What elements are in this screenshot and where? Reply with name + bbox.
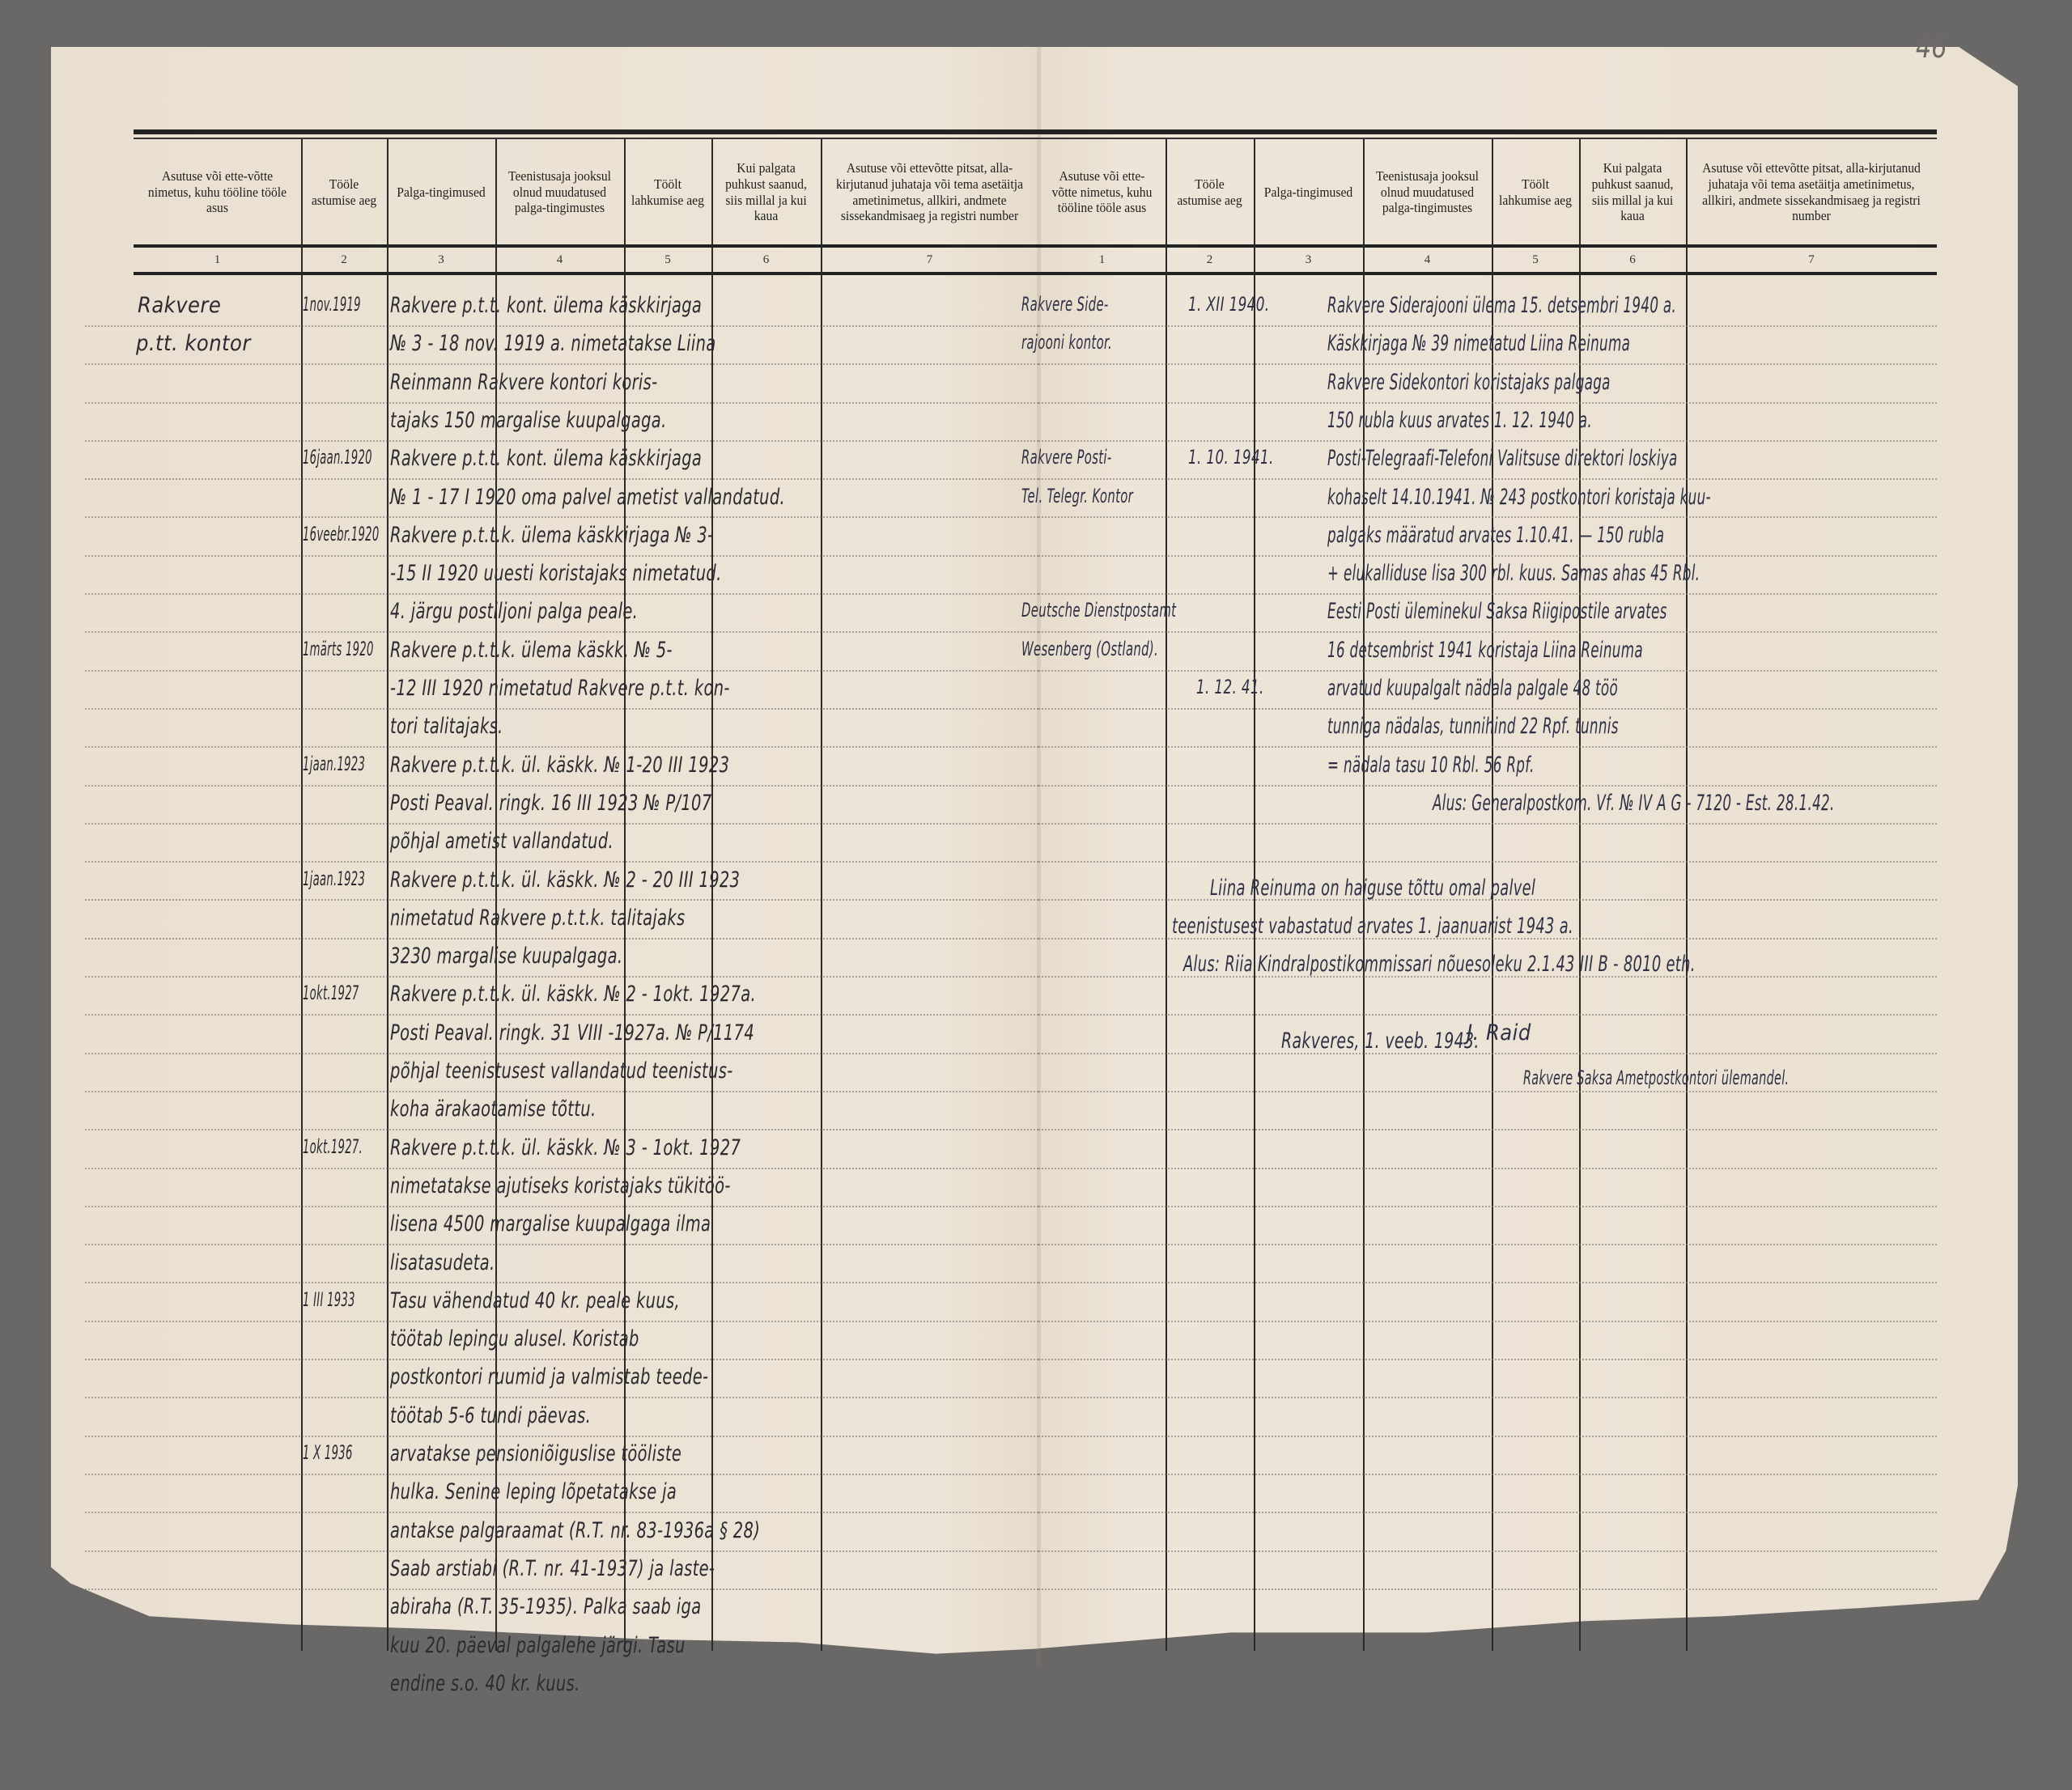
ruled-line	[85, 1053, 1038, 1054]
ruled-line	[1038, 1359, 1937, 1360]
ruled-line	[85, 1589, 1038, 1590]
column-number-7: 7	[821, 248, 1038, 272]
column-number-5: 5	[1492, 248, 1579, 272]
ruled-line	[85, 785, 1038, 787]
wage-change-note: Eesti Posti üleminekul Saksa Riigipostil…	[1327, 599, 1667, 624]
column-divider	[387, 139, 388, 1651]
wage-change-note: kuu 20. päeval palgalehe järgi. Tasu	[390, 1633, 686, 1658]
column-header-7: Asutuse või ettevõtte pitsat, alla-kirju…	[1699, 142, 1924, 243]
column-number-rule	[1038, 272, 1937, 275]
wage-change-note: Käskkirjaga № 39 nimetatud Liina Reinuma	[1327, 331, 1630, 356]
ruled-line	[85, 1091, 1038, 1092]
wage-change-note: = nädala tasu 10 Rbl. 56 Rpf.	[1327, 753, 1535, 778]
column-number-4: 4	[495, 248, 624, 272]
column-header-2: Tööle astumise aeg	[1172, 142, 1247, 243]
wage-change-note: 4. järgu postiljoni palga peale.	[390, 599, 638, 624]
ruled-line	[85, 976, 1038, 978]
ruled-line	[1038, 1091, 1937, 1092]
column-header-6: Kui palgata puhkust saanud, siis millal …	[719, 142, 813, 243]
ruled-line	[85, 402, 1038, 404]
entry-start-date: 1jaan.1923	[303, 867, 365, 890]
wage-change-note: Rakvere p.t.t.k. ül. käskk. № 1-20 III 1…	[390, 753, 729, 778]
wage-change-note: tunniga nädalas, tunnihind 22 Rpf. tunni…	[1327, 714, 1619, 739]
institution-name: Deutsche Dienstpostamt	[1021, 599, 1176, 621]
column-number-7: 7	[1686, 248, 1937, 272]
ruled-line	[85, 1014, 1038, 1016]
wage-change-note: töötab lepingu alusel. Koristab	[390, 1326, 639, 1351]
wage-change-note: koha ärakaotamise tõttu.	[390, 1096, 596, 1122]
ruled-line	[85, 440, 1038, 442]
ruled-line	[85, 1282, 1038, 1283]
column-number-6: 6	[1579, 248, 1686, 272]
column-number-1: 1	[1038, 248, 1165, 272]
wage-change-note: Rakvere p.t.t. kont. ülema käskkirjaga	[390, 293, 702, 318]
signer-title: Rakvere Saksa Ametpostkontori ülemandel.	[1523, 1067, 1789, 1089]
ruled-line	[85, 1321, 1038, 1322]
wage-change-note: Rakvere Sidekontori koristajaks palgaga	[1327, 370, 1611, 395]
page-number: 46	[1916, 29, 1947, 65]
wage-change-note: № 3 - 18 nov. 1919 a. nimetatakse Liina	[390, 331, 716, 356]
release-note: teenistusest vabastatud arvates 1. jaanu…	[1172, 914, 1573, 939]
column-number-3: 3	[1254, 248, 1363, 272]
ruled-line	[85, 516, 1038, 518]
ruled-line	[1038, 478, 1937, 480]
ruled-line	[1038, 1512, 1937, 1513]
ruled-line	[85, 631, 1038, 633]
ruled-line	[1038, 1436, 1937, 1437]
column-number-6: 6	[711, 248, 821, 272]
entry-start-date: 1märts 1920	[303, 638, 374, 660]
wage-change-note: lisatasudeta.	[390, 1250, 495, 1275]
column-divider	[711, 139, 713, 1651]
ruled-line	[1038, 1282, 1937, 1283]
column-header-4: Teenistusaja jooksul olnud muudatused pa…	[1371, 142, 1484, 243]
ruled-line	[85, 1129, 1038, 1130]
ruled-line	[1038, 785, 1937, 787]
ruled-line	[1038, 631, 1937, 633]
ruled-line	[85, 325, 1038, 327]
column-number-4: 4	[1363, 248, 1492, 272]
ruled-line	[85, 1244, 1038, 1245]
ruled-line	[1038, 1550, 1937, 1552]
entry-start-date: 1jaan.1923	[303, 753, 365, 775]
ruled-line	[1038, 1014, 1937, 1016]
column-header-1: Asutuse või ette-võtte nimetus, kuhu töö…	[143, 142, 291, 243]
column-divider	[1686, 139, 1688, 1651]
ruled-line	[1038, 1206, 1937, 1207]
column-header-7: Asutuse või ettevõtte pitsat, alla-kirju…	[832, 142, 1026, 243]
column-number-3: 3	[387, 248, 495, 272]
column-header-5: Töölt lahkumise aeg	[631, 142, 705, 243]
column-number-1: 1	[134, 248, 301, 272]
ruled-line	[85, 1550, 1038, 1552]
ruled-line	[1038, 861, 1937, 863]
ruled-line	[85, 1436, 1038, 1437]
institution-name: Wesenberg (Ostland).	[1021, 638, 1158, 660]
institution-name: Tel. Telegr. Kontor	[1021, 485, 1133, 507]
column-header-5: Töölt lahkumise aeg	[1498, 142, 1573, 243]
wage-change-note: nimetatakse ajutiseks koristajaks tükitö…	[390, 1173, 731, 1198]
wage-change-note: Rakvere p.t.t.k. ül. käskk. № 3 - 1okt. …	[390, 1135, 741, 1160]
entry-start-date: 1nov.1919	[303, 293, 361, 316]
wage-change-note: töötab 5-6 tundi päevas.	[390, 1403, 591, 1428]
column-divider	[301, 139, 303, 1651]
ruled-line	[1038, 670, 1937, 672]
wage-change-note: 150 rubla kuus arvates 1. 12. 1940 a.	[1327, 408, 1592, 433]
institution-name: rajooni kontor.	[1021, 331, 1112, 354]
ruled-line	[85, 1206, 1038, 1207]
entry-start-date: 16jaan.1920	[303, 446, 372, 469]
entry-start-date: 16veebr.1920	[303, 523, 380, 545]
release-note: Alus: Riia Kindralpostikommissari nõueso…	[1183, 952, 1696, 977]
ruled-line	[85, 478, 1038, 480]
wage-change-note: Reinmann Rakvere kontori koris-	[390, 370, 658, 395]
header-top-rule-thin	[1038, 138, 1937, 139]
ruled-line	[1038, 1474, 1937, 1475]
header-top-rule	[1038, 129, 1937, 134]
wage-change-note: Rakvere Siderajooni ülema 15. detsembri …	[1327, 293, 1676, 318]
ruled-line	[1038, 1129, 1937, 1130]
column-divider	[624, 139, 626, 1651]
ruled-line	[1038, 402, 1937, 404]
institution-name: p.tt. kontor	[136, 331, 251, 356]
entry-start-date: 1 III 1933	[303, 1288, 355, 1311]
entry-start-date: 1. 10. 1941.	[1188, 446, 1274, 469]
ruled-line	[85, 899, 1038, 901]
release-note: Liina Reinuma on haiguse tõttu omal palv…	[1210, 876, 1535, 901]
ruled-line	[1038, 1321, 1937, 1322]
column-number-5: 5	[624, 248, 711, 272]
header-top-rule-thin	[134, 138, 1038, 139]
column-header-3: Palga-tingimused	[394, 142, 488, 243]
column-header-2: Tööle astumise aeg	[308, 142, 380, 243]
ruled-line	[1038, 325, 1937, 327]
wage-change-note: + elukalliduse lisa 300 rbl. kuus. Samas…	[1327, 561, 1700, 586]
column-header-3: Palga-tingimused	[1261, 142, 1356, 243]
wage-change-note: lisena 4500 margalise kuupalgaga ilma	[390, 1211, 711, 1236]
ruled-line	[85, 746, 1038, 748]
ruled-line	[1038, 1244, 1937, 1245]
wage-change-note: palgaks määratud arvates 1.10.41. — 150 …	[1327, 523, 1664, 548]
wage-change-note: Posti-Telegraafi-Telefoni Valitsuse dire…	[1327, 446, 1678, 471]
wage-change-note: abiraha (R.T. 35-1935). Palka saab iga	[390, 1594, 702, 1619]
entry-start-date: 1 X 1936	[303, 1441, 353, 1464]
wage-change-note: endine s.o. 40 kr. kuus.	[390, 1671, 580, 1696]
wage-change-note: Saab arstiabi (R.T. nr. 41-1937) ja last…	[390, 1556, 715, 1581]
ruled-line	[1038, 555, 1937, 557]
ruled-line	[85, 1512, 1038, 1513]
ruled-line	[85, 861, 1038, 863]
column-number-2: 2	[301, 248, 387, 272]
wage-change-note: Rakvere p.t.t.k. ülema käskk. № 5-	[390, 638, 673, 663]
column-header-1: Asutuse või ette-võtte nimetus, kuhu töö…	[1047, 142, 1157, 243]
ruled-line	[85, 1359, 1038, 1360]
wage-change-note: 16 detsembrist 1941 koristaja Liina Rein…	[1327, 638, 1643, 663]
ruled-line	[1038, 440, 1937, 442]
institution-name: Rakvere	[138, 293, 221, 318]
wage-change-note: Tasu vähendatud 40 kr. peale kuus,	[390, 1288, 680, 1313]
wage-change-note: nimetatud Rakvere p.t.t.k. talitajaks	[390, 906, 686, 931]
column-header-4: Teenistusaja jooksul olnud muudatused pa…	[503, 142, 616, 243]
wage-change-note: Posti Peaval. ringk. 31 VIII -1927a. № P…	[390, 1020, 754, 1046]
wage-change-note: Posti Peaval. ringk. 16 III 1923 № P/107	[390, 791, 712, 816]
ruled-line	[85, 1474, 1038, 1475]
ruled-line	[85, 823, 1038, 825]
page-fold	[1037, 47, 1041, 1665]
header-top-rule	[134, 129, 1038, 134]
wage-change-note: tori talitajaks.	[390, 714, 503, 739]
entry-start-date: 1okt.1927	[303, 982, 359, 1004]
wage-change-note: postkontori ruumid ja valmistab teede-	[390, 1364, 708, 1389]
column-divider	[821, 139, 822, 1651]
wage-change-note: põhjal teenistusest vallandatud teenistu…	[390, 1058, 733, 1084]
ruled-line	[1038, 1053, 1937, 1054]
column-divider	[1165, 139, 1167, 1651]
ruled-line	[85, 1168, 1038, 1169]
ruled-line	[1038, 823, 1937, 825]
column-header-6: Kui palgata puhkust saanud, siis millal …	[1586, 142, 1679, 243]
ruled-line	[85, 363, 1038, 365]
wage-change-note: -15 II 1920 uuesti koristajaks nimetatud…	[390, 561, 722, 586]
institution-name: Rakvere Posti-	[1021, 446, 1112, 469]
wage-change-note: -12 III 1920 nimetatud Rakvere p.t.t. ko…	[390, 676, 730, 701]
ruled-line	[85, 593, 1038, 595]
ruled-line	[1038, 746, 1937, 748]
wage-change-note: arvatud kuupalgalt nädala palgale 48 töö	[1327, 676, 1618, 701]
entry-start-date: 1. XII 1940.	[1188, 293, 1269, 316]
wage-change-note: antakse palgaraamat (R.T. nr. 83-1936a §…	[390, 1518, 760, 1543]
column-divider	[1579, 139, 1581, 1651]
wage-change-note: 3230 margalise kuupalgaga.	[390, 944, 622, 969]
entry-start-date: 1okt.1927.	[303, 1135, 363, 1158]
ruled-line	[85, 708, 1038, 710]
ruled-line	[1038, 1397, 1937, 1398]
wage-change-note: Rakvere p.t.t.k. ül. käskk. № 2 - 1okt. …	[390, 982, 756, 1007]
institution-name: Rakvere Side-	[1021, 293, 1109, 316]
signature: J. Raid	[1467, 1020, 1531, 1046]
ruled-line	[1038, 593, 1937, 595]
wage-change-note: Rakvere p.t.t. kont. ülema käskkirjaga	[390, 446, 702, 471]
wage-change-note: № 1 - 17 I 1920 oma palvel ametist valla…	[390, 485, 785, 510]
ruled-line	[1038, 516, 1937, 518]
wage-change-note: kohaselt 14.10.1941. № 243 postkontori k…	[1327, 485, 1711, 510]
ruled-line	[85, 1397, 1038, 1398]
wage-change-note: hulka. Senine leping lõpetatakse ja	[390, 1479, 677, 1504]
place-and-date: Rakveres, 1. veeb. 1943.	[1281, 1029, 1480, 1054]
ruled-line	[1038, 363, 1937, 365]
column-number-2: 2	[1165, 248, 1254, 272]
column-number-rule	[134, 272, 1038, 275]
wage-change-note: Rakvere p.t.t.k. ül. käskk. № 2 - 20 III…	[390, 867, 740, 893]
wage-change-note: põhjal ametist vallandatud.	[390, 829, 614, 854]
ruled-line	[85, 555, 1038, 557]
wage-change-note: Alus: Generalpostkom. Vf. № IV A G - 712…	[1433, 791, 1835, 816]
wage-change-note: tajaks 150 margalise kuupalgaga.	[390, 408, 667, 433]
ruled-line	[1038, 1589, 1937, 1590]
ruled-line	[1038, 1168, 1937, 1169]
entry-start-date: 1. 12. 41.	[1196, 676, 1264, 698]
wage-change-note: arvatakse pensioniõiguslise tööliste	[390, 1441, 681, 1466]
ruled-line	[85, 670, 1038, 672]
wage-change-note: Rakvere p.t.t.k. ülema käskkirjaga № 3-	[390, 523, 713, 548]
ruled-line	[1038, 708, 1937, 710]
ruled-line	[85, 938, 1038, 940]
